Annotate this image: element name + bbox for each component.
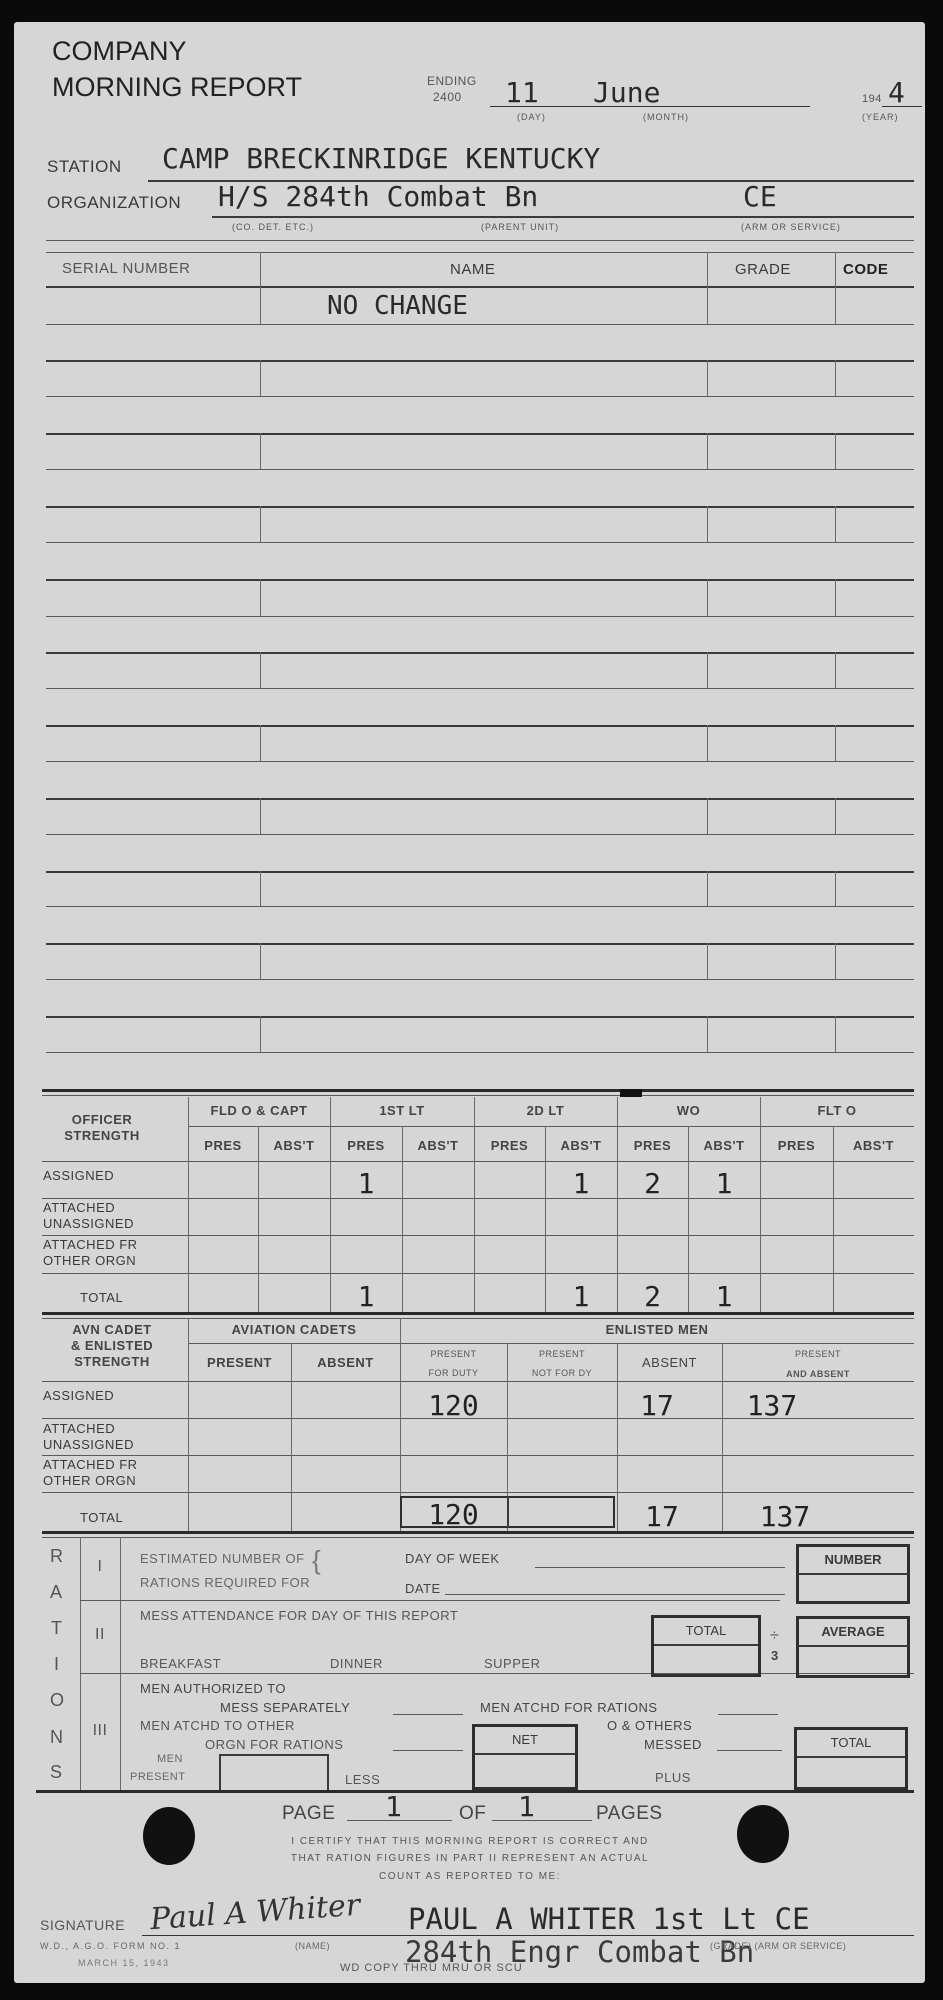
col-absent: ABSENT: [617, 1355, 722, 1370]
of-label: OF: [459, 1803, 486, 1825]
punch-hole-right-icon: [737, 1805, 789, 1863]
row-label-attached: ATTACHED: [43, 1421, 115, 1437]
mess-total-label: TOTAL: [654, 1618, 758, 1646]
men-present-line1: MEN: [145, 1753, 195, 1765]
year-prefix: 194: [862, 93, 882, 105]
row-line: [46, 360, 914, 362]
station-value: CAMP BRECKINRIDGE KENTUCKY: [162, 142, 600, 175]
row-line: [42, 1235, 914, 1236]
col-present-not-for-dy-2: NOT FOR DY: [507, 1366, 617, 1380]
enlisted-total-present-and-absent: 137: [735, 1500, 835, 1533]
men-atchd-other-line2: ORGN FOR RATIONS: [205, 1737, 343, 1752]
col-name: NAME: [450, 261, 495, 278]
col-divider: [835, 798, 836, 834]
punch-hole-left-icon: [143, 1807, 195, 1865]
rations-estimated-line1: ESTIMATED NUMBER OF: [140, 1551, 305, 1566]
divide-icon: ÷: [770, 1627, 779, 1645]
col-divider: [835, 652, 836, 688]
col-divider: [835, 725, 836, 761]
enlisted-title-3: STRENGTH: [42, 1354, 182, 1370]
men-atchd-for-rations-label: MEN ATCHD FOR RATIONS: [480, 1700, 658, 1715]
col-divider: [760, 1097, 761, 1312]
sub-abst: ABS'T: [258, 1138, 330, 1153]
registration-mark: [620, 1089, 642, 1097]
group-fld-o-capt: FLD O & CAPT: [188, 1103, 330, 1118]
col-divider: [707, 725, 708, 761]
row-line: [46, 396, 914, 397]
rations-letter-t: T: [51, 1618, 63, 1639]
row-line: [46, 688, 914, 689]
sub-pres: PRES: [474, 1138, 545, 1153]
row-line: [46, 871, 914, 873]
rations-letter-o: O: [50, 1690, 65, 1711]
average-box[interactable]: AVERAGE: [796, 1616, 910, 1678]
ending-label: ENDING: [427, 74, 477, 88]
row-line: [42, 1455, 914, 1456]
row-label-unassigned: UNASSIGNED: [43, 1216, 134, 1232]
part-iii-numeral: III: [80, 1722, 120, 1740]
plus-label: PLUS: [655, 1770, 691, 1785]
men-atchd-for-rations-field: [718, 1714, 778, 1715]
col-divider: [402, 1126, 403, 1312]
sub-pres: PRES: [188, 1138, 258, 1153]
col-divider: [707, 433, 708, 469]
wd-copy-note: WD COPY THRU MRU OR SCU: [340, 1962, 523, 1974]
sub-pres: PRES: [617, 1138, 688, 1153]
part-ii-numeral: II: [80, 1626, 120, 1644]
station-label: STATION: [47, 157, 122, 177]
row-line: [46, 943, 914, 945]
date-label: DATE: [405, 1581, 441, 1596]
row-line: [46, 798, 914, 800]
col-divider: [260, 1016, 261, 1052]
group-flt-o: FLT O: [760, 1103, 914, 1118]
page-total-field: [492, 1820, 592, 1821]
col-divider: [260, 433, 261, 469]
less-label: LESS: [345, 1772, 380, 1787]
row-line: [42, 1198, 914, 1199]
organization-underline: [212, 216, 914, 218]
col-divider: [707, 360, 708, 396]
col-divider: [188, 1097, 189, 1312]
row-line: [42, 1318, 914, 1319]
enlisted-title-2: & ENLISTED: [42, 1338, 182, 1354]
col-present-for-duty-2: FOR DUTY: [400, 1366, 507, 1380]
o-others-line1: O & OTHERS: [607, 1718, 692, 1733]
net-box[interactable]: NET: [472, 1724, 578, 1790]
col-divider: [833, 1126, 834, 1312]
officer-assigned-wo-pres: 2: [617, 1167, 688, 1200]
pages-label: PAGES: [596, 1803, 663, 1825]
col-divider: [835, 506, 836, 542]
row-line: [46, 834, 914, 835]
col-divider: [260, 871, 261, 906]
divisor-label: 3: [771, 1648, 779, 1663]
o-others-line2: MESSED: [644, 1737, 702, 1752]
rations-letter-i: I: [54, 1654, 60, 1675]
col-divider: [707, 506, 708, 542]
col-cadets-absent: ABSENT: [291, 1355, 400, 1370]
col-divider: [707, 652, 708, 688]
row-line: [46, 761, 914, 762]
officer-strength-title-2: STRENGTH: [52, 1128, 152, 1144]
row-label-other-orgn: OTHER ORGN: [43, 1473, 136, 1489]
rations-letter-a: A: [50, 1582, 63, 1603]
group-2d-lt: 2D LT: [474, 1103, 617, 1118]
row-line: [46, 469, 914, 470]
mess-separately-field: [393, 1714, 463, 1715]
form-date: MARCH 15, 1943: [78, 1958, 170, 1968]
col-divider: [260, 506, 261, 542]
signer-name-grade: PAUL A WHITER 1st Lt CE: [408, 1902, 810, 1936]
number-box-label: NUMBER: [799, 1547, 907, 1575]
rations-total-label: TOTAL: [797, 1730, 905, 1758]
col-divider: [707, 871, 708, 906]
men-authorized-line2: MESS SEPARATELY: [220, 1700, 350, 1715]
row-label-total: TOTAL: [80, 1510, 123, 1526]
men-authorized-line1: MEN AUTHORIZED TO: [140, 1681, 286, 1696]
row-line: [42, 1312, 914, 1315]
group-1st-lt: 1ST LT: [330, 1103, 474, 1118]
col-divider: [260, 943, 261, 979]
col-divider: [835, 943, 836, 979]
col-present-and-absent-1: PRESENT: [722, 1347, 914, 1361]
officer-assigned-2d-lt-abst: 1: [545, 1167, 617, 1200]
caption-name: (NAME): [295, 1941, 330, 1951]
personnel-entry-no-change: NO CHANGE: [327, 291, 468, 321]
row-line: [46, 906, 914, 907]
officer-total-wo-pres: 2: [617, 1280, 688, 1313]
signature-label: SIGNATURE: [40, 1917, 125, 1933]
row-label-assigned: ASSIGNED: [43, 1388, 114, 1404]
group-aviation-cadets: AVIATION CADETS: [188, 1322, 400, 1337]
caption-parent-unit: (PARENT UNIT): [481, 222, 559, 232]
report-month: June: [593, 76, 660, 109]
row-label-other-orgn: OTHER ORGN: [43, 1253, 136, 1269]
group-enlisted-men: ENLISTED MEN: [400, 1322, 914, 1337]
row-line: [46, 433, 914, 435]
row-line: [42, 1273, 914, 1274]
certify-line3: COUNT AS REPORTED TO ME:: [250, 1871, 690, 1882]
certify-line2: THAT RATION FIGURES IN PART II REPRESENT…: [250, 1853, 690, 1864]
organization-label: ORGANIZATION: [47, 193, 181, 213]
orgn-for-rations-field: [393, 1750, 463, 1751]
dinner-label: DINNER: [330, 1656, 383, 1671]
report-year: 4: [888, 76, 905, 109]
col-divider: [707, 798, 708, 834]
row-label-unassigned: UNASSIGNED: [43, 1437, 134, 1453]
col-code: CODE: [843, 261, 888, 278]
row-line: [80, 1600, 780, 1601]
number-box[interactable]: NUMBER: [796, 1544, 910, 1604]
brace-icon: {: [312, 1545, 321, 1576]
supper-label: SUPPER: [484, 1656, 540, 1671]
header-divider-1: [46, 240, 914, 241]
col-divider: [707, 1016, 708, 1052]
col-divider: [291, 1343, 292, 1531]
officer-total-wo-abst: 1: [688, 1280, 760, 1313]
caption-year: (YEAR): [862, 112, 899, 122]
col-divider: [835, 433, 836, 469]
caption-month: (MONTH): [643, 112, 689, 122]
sub-pres: PRES: [760, 1138, 833, 1153]
col-present-and-absent-2: AND ABSENT: [722, 1367, 914, 1381]
day-of-week-field: [535, 1567, 785, 1568]
col-divider: [260, 360, 261, 396]
group-wo: WO: [617, 1103, 760, 1118]
caption-day: (DAY): [517, 112, 546, 122]
officer-assigned-wo-abst: 1: [688, 1167, 760, 1200]
col-grade: GRADE: [735, 261, 791, 278]
caption-grade-arm: (GRADE) (ARM OR SERVICE): [710, 1941, 846, 1951]
enlisted-total-present-for-duty: 120: [400, 1498, 507, 1531]
col-divider: [260, 725, 261, 761]
col-divider: [835, 579, 836, 616]
row-line: [42, 1161, 914, 1162]
row-line: [188, 1343, 914, 1344]
row-label-assigned: ASSIGNED: [43, 1168, 114, 1184]
page-label: PAGE: [282, 1803, 335, 1825]
date-field: [445, 1594, 785, 1595]
row-line: [46, 324, 914, 325]
row-line: [46, 542, 914, 543]
sub-abst: ABS'T: [833, 1138, 914, 1153]
form-title-company: COMPANY: [52, 36, 187, 67]
sub-pres: PRES: [330, 1138, 402, 1153]
row-line: [42, 1095, 914, 1096]
rations-letter-n: N: [50, 1727, 64, 1748]
col-divider: [474, 1097, 475, 1312]
row-label-attached-fr: ATTACHED FR: [43, 1457, 138, 1473]
rations-letter-r: R: [50, 1546, 64, 1567]
men-present-line2: PRESENT: [130, 1771, 185, 1783]
day-of-week-label: DAY OF WEEK: [405, 1551, 500, 1566]
row-line: [42, 1537, 914, 1538]
part-i-numeral: I: [80, 1558, 120, 1576]
row-line: [46, 1016, 914, 1018]
row-line: [46, 286, 914, 288]
enlisted-assigned-present-and-absent: 137: [722, 1389, 822, 1422]
enlisted-assigned-absent: 17: [617, 1389, 697, 1422]
row-line: [46, 579, 914, 581]
col-divider: [507, 1496, 509, 1528]
col-divider: [260, 252, 261, 324]
page-number: 1: [385, 1790, 402, 1823]
col-divider: [258, 1126, 259, 1312]
col-divider: [722, 1343, 723, 1531]
col-divider: [835, 1016, 836, 1052]
report-day: 11: [505, 76, 539, 109]
row-label-attached: ATTACHED: [43, 1200, 115, 1216]
row-line: [46, 725, 914, 727]
col-divider: [120, 1537, 121, 1790]
col-cadets-present: PRESENT: [188, 1355, 291, 1370]
caption-arm-service: (ARM OR SERVICE): [741, 222, 841, 232]
page-total: 1: [518, 1790, 535, 1823]
caption-co-det: (CO. DET. ETC.): [232, 222, 314, 232]
row-label-attached-fr: ATTACHED FR: [43, 1237, 138, 1253]
average-box-label: AVERAGE: [799, 1619, 907, 1647]
men-present-field[interactable]: [219, 1754, 329, 1790]
sub-abst: ABS'T: [402, 1138, 474, 1153]
rations-total-box[interactable]: TOTAL: [794, 1727, 908, 1790]
row-line: [46, 1052, 914, 1053]
row-line: [188, 1126, 914, 1127]
form-number: W.D., A.G.O. FORM NO. 1: [40, 1941, 181, 1951]
net-box-label: NET: [475, 1727, 575, 1755]
row-line: [46, 506, 914, 508]
row-label-total: TOTAL: [80, 1290, 123, 1306]
col-divider: [260, 579, 261, 616]
row-line: [46, 616, 914, 617]
certify-line1: I CERTIFY THAT THIS MORNING REPORT IS CO…: [250, 1836, 690, 1847]
mess-attendance-title: MESS ATTENDANCE FOR DAY OF THIS REPORT: [140, 1608, 458, 1623]
o-others-messed-field: [717, 1750, 782, 1751]
col-divider: [707, 579, 708, 616]
col-divider: [835, 871, 836, 906]
sub-abst: ABS'T: [688, 1138, 760, 1153]
rations-estimated-line2: RATIONS REQUIRED FOR: [140, 1575, 310, 1590]
row-line: [42, 1492, 914, 1493]
enlisted-assigned-present-for-duty: 120: [400, 1389, 507, 1422]
ending-time: 2400: [433, 90, 462, 104]
row-line: [42, 1381, 914, 1382]
col-present-for-duty-1: PRESENT: [400, 1347, 507, 1361]
rations-letter-s: S: [50, 1762, 63, 1783]
col-serial-number: SERIAL NUMBER: [62, 260, 190, 277]
enlisted-total-absent: 17: [617, 1500, 707, 1533]
col-divider: [835, 360, 836, 396]
enlisted-title-1: AVN CADET: [42, 1322, 182, 1338]
row-line: [80, 1673, 914, 1674]
row-line: [46, 979, 914, 980]
mess-total-box[interactable]: TOTAL: [651, 1615, 761, 1677]
col-divider: [835, 252, 836, 324]
officer-assigned-1st-lt-pres: 1: [330, 1167, 402, 1200]
sub-abst: ABS'T: [545, 1138, 617, 1153]
officer-strength-title-1: OFFICER: [52, 1112, 152, 1128]
men-atchd-other-line1: MEN ATCHD TO OTHER: [140, 1718, 295, 1733]
header-divider-2: [46, 252, 914, 253]
row-line: [36, 1790, 914, 1793]
col-present-not-for-dy-1: PRESENT: [507, 1347, 617, 1361]
organization-arm: CE: [743, 180, 777, 213]
breakfast-label: BREAKFAST: [140, 1656, 221, 1671]
officer-total-1st-lt-pres: 1: [330, 1280, 402, 1313]
row-line: [46, 652, 914, 654]
col-divider: [260, 652, 261, 688]
col-divider: [188, 1318, 189, 1531]
row-line: [42, 1089, 914, 1092]
col-divider: [707, 943, 708, 979]
form-title-morning-report: MORNING REPORT: [52, 72, 302, 103]
col-divider: [260, 798, 261, 834]
organization-unit: H/S 284th Combat Bn: [218, 180, 538, 213]
col-divider: [707, 252, 708, 324]
officer-total-2d-lt-abst: 1: [545, 1280, 617, 1313]
